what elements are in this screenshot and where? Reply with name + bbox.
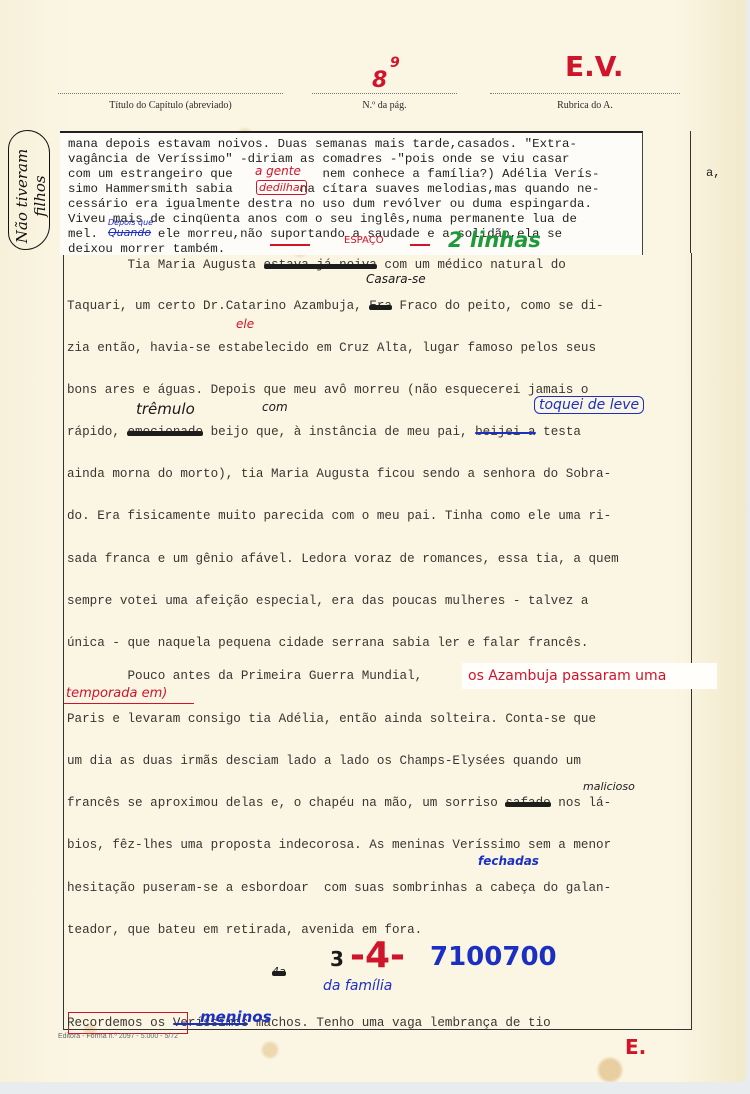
author-initials: E.V. <box>565 50 623 83</box>
slip-line: simo Hammersmith sabia na cítara suaves … <box>68 182 599 196</box>
page-number-original: 8 <box>372 68 387 93</box>
page-number-field: N.º da pág. <box>312 93 457 111</box>
insert-os-azambuja: os Azambuja passaram uma <box>468 668 666 684</box>
insert-da-familia: da família <box>323 978 392 994</box>
new-page-number: -4- <box>350 935 405 976</box>
insert-fechadas: fechadas <box>478 854 539 868</box>
body-line: sada franca e um gênio afável. Ledora vo… <box>67 552 619 566</box>
stray-a: a, <box>706 166 720 180</box>
insert-meninos: meninos <box>200 1008 272 1026</box>
body-line: Taquari, um certo Dr.Catarino Azambuja, … <box>67 299 604 313</box>
body-line: hesitação puseram-se a esbordoar com sua… <box>67 881 611 895</box>
struck-text: emocionado <box>127 425 203 439</box>
red-underline <box>410 244 430 246</box>
chapter-title-label: Título do Capítulo (abreviado) <box>109 100 231 111</box>
text-frame-top <box>642 131 691 253</box>
body-line: um dia as duas irmãs desciam lado a lado… <box>67 754 581 768</box>
page-number-label: N.º da pág. <box>362 100 406 111</box>
blue-code: 7100700 <box>430 942 557 972</box>
struck-text: safado <box>505 796 550 810</box>
body-line: Paris e levaram consigo tia Adélia, entã… <box>67 712 596 726</box>
insert-temporada-em: temporada em) <box>66 686 167 701</box>
body-line: rápido, emocionado beijo que, à instânci… <box>67 425 581 439</box>
body-line: Tia Maria Augusta estava já noiva com um… <box>67 258 566 272</box>
struck-text: beijei a <box>475 425 535 439</box>
body-line: francês se aproximou delas e, o chapéu n… <box>67 796 611 810</box>
body-line: do. Era fisicamente muito parecida com o… <box>67 509 611 523</box>
manuscript-page: Título do Capítulo (abreviado) N.º da pá… <box>0 0 746 1082</box>
margin-note: Não tiveram filhos <box>13 131 49 261</box>
print-info: Editora - Forma n.º 2097 - 5.000 - 5/72 <box>58 1033 178 1040</box>
slip-line: mana depois estavam noivos. Duas semanas… <box>68 137 577 151</box>
insert-casara-se: Casara-se <box>366 272 426 286</box>
body-line: Recordemos os Veríssimos machos. Tenho u… <box>67 1016 551 1030</box>
slip-line: vagância de Veríssimo" -diriam as comadr… <box>68 152 570 166</box>
insert-a-gente: a gente <box>255 164 301 178</box>
bottom-initial: E. <box>625 1035 646 1059</box>
body-line: única - que naquela pequena cidade serra… <box>67 636 588 650</box>
struck-text: Era <box>369 299 392 313</box>
insert-com: com <box>262 400 288 414</box>
slip-line: deixou morrer também. <box>68 242 225 256</box>
page-number-corrected: 9 <box>390 55 400 71</box>
insert-ele: ele <box>236 317 254 331</box>
author-rubric-field: Rubrica do A. <box>490 93 680 111</box>
struck-text: estava já noiva <box>264 258 377 272</box>
insert-dedilhar: dedilhar <box>256 180 307 195</box>
author-rubric-label: Rubrica do A. <box>557 100 613 111</box>
body-line: bios, fêz-lhes uma proposta indecorosa. … <box>67 838 611 852</box>
insert-tremulo: trêmulo <box>136 400 195 418</box>
slip-line: cessário era igualmente destra no uso du… <box>68 197 592 211</box>
red-underline <box>64 703 194 704</box>
old-page-number: 3 <box>330 947 344 971</box>
chapter-title-field: Título do Capítulo (abreviado) <box>58 93 283 111</box>
body-line: ainda morna do morto), tia Maria Augusta… <box>67 467 611 481</box>
body-line: Pouco antes da Primeira Guerra Mundial, <box>67 669 422 683</box>
struck-old-page-mark: 4a <box>272 965 286 978</box>
insert-malicioso: malicioso <box>583 780 635 793</box>
slip-line: com um estrangeiro que nem conhece a fam… <box>68 167 599 181</box>
struck-quando: Quando <box>108 226 151 239</box>
dotted-line <box>490 93 680 100</box>
body-line: sempre votei uma afeição especial, era d… <box>67 594 588 608</box>
body-line: bons ares e águas. Depois que meu avô mo… <box>67 383 588 397</box>
dotted-line <box>312 93 457 100</box>
red-underline <box>270 244 310 246</box>
insert-toquei-de-leve: toquei de leve <box>534 396 644 414</box>
note-espaco: ESPAÇO <box>344 235 384 246</box>
body-line: zia então, havia-se estabelecido em Cruz… <box>67 341 596 355</box>
note-2-linhas: 2 linhas <box>448 228 541 252</box>
dotted-line <box>58 93 283 100</box>
